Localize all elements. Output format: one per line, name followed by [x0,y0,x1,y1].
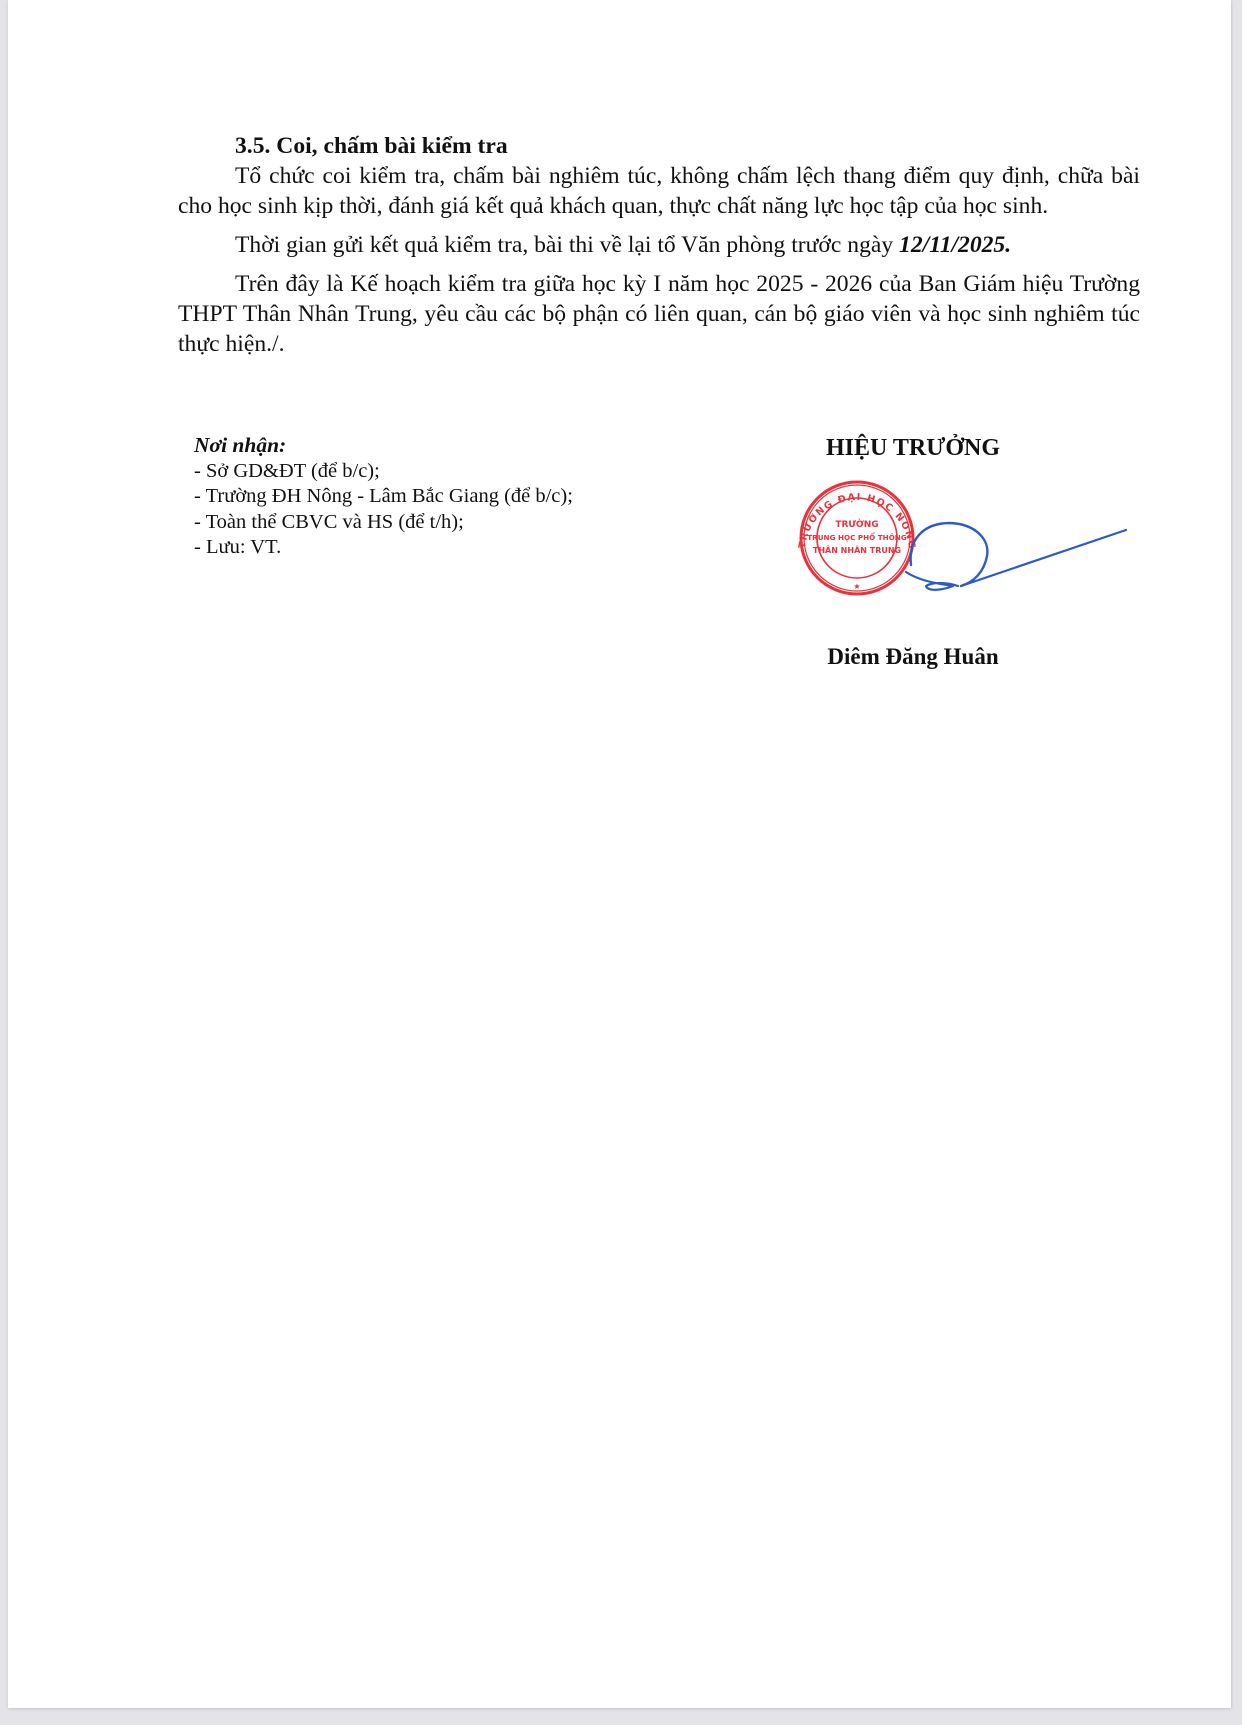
paragraph-grading: Tổ chức coi kiểm tra, chấm bài nghiêm tú… [178,161,1140,221]
document-page: 3.5. Coi, chấm bài kiểm tra Tổ chức coi … [8,0,1231,1708]
signature-block: HIỆU TRƯỞNG [798,433,1028,463]
stamp-inner-line-3: THÂN NHÂN TRUNG [813,544,901,555]
recipient-item: - Lưu: VT. [194,535,573,561]
recipient-item: - Trường ĐH Nông - Lâm Bắc Giang (để b/c… [194,484,573,510]
recipient-item: - Toàn thể CBVC và HS (để t/h); [194,510,573,536]
paragraph-deadline: Thời gian gửi kết quả kiểm tra, bài thi … [178,230,1140,260]
recipient-item: - Sở GD&ĐT (để b/c); [194,459,573,485]
stamp-inner-line-1: TRƯỜNG [835,518,878,530]
recipients-title: Nơi nhận: [194,433,573,459]
section-heading: 3.5. Coi, chấm bài kiểm tra [178,131,1140,161]
document-body: 3.5. Coi, chấm bài kiểm tra Tổ chức coi … [178,131,1140,359]
handwritten-signature [906,523,1126,590]
deadline-date: 12/11/2025. [899,232,1011,258]
stamp-inner-line-2: TRUNG HỌC PHỔ THÔNG [807,532,907,542]
signer-name: Diêm Đăng Huân [798,644,1028,670]
paragraph-conclusion: Trên đây là Kế hoạch kiểm tra giữa học k… [178,269,1140,359]
recipients-block: Nơi nhận: - Sở GD&ĐT (để b/c); - Trường … [194,433,573,561]
signer-title: HIỆU TRƯỞNG [798,433,1028,463]
official-stamp-and-signature: TRƯỜNG ĐẠI HỌC NÔNG - LÂM BẮC GIANG TRƯỜ… [788,470,1148,620]
deadline-text: Thời gian gửi kết quả kiểm tra, bài thi … [235,232,899,258]
stamp-star: ★ [853,582,860,591]
